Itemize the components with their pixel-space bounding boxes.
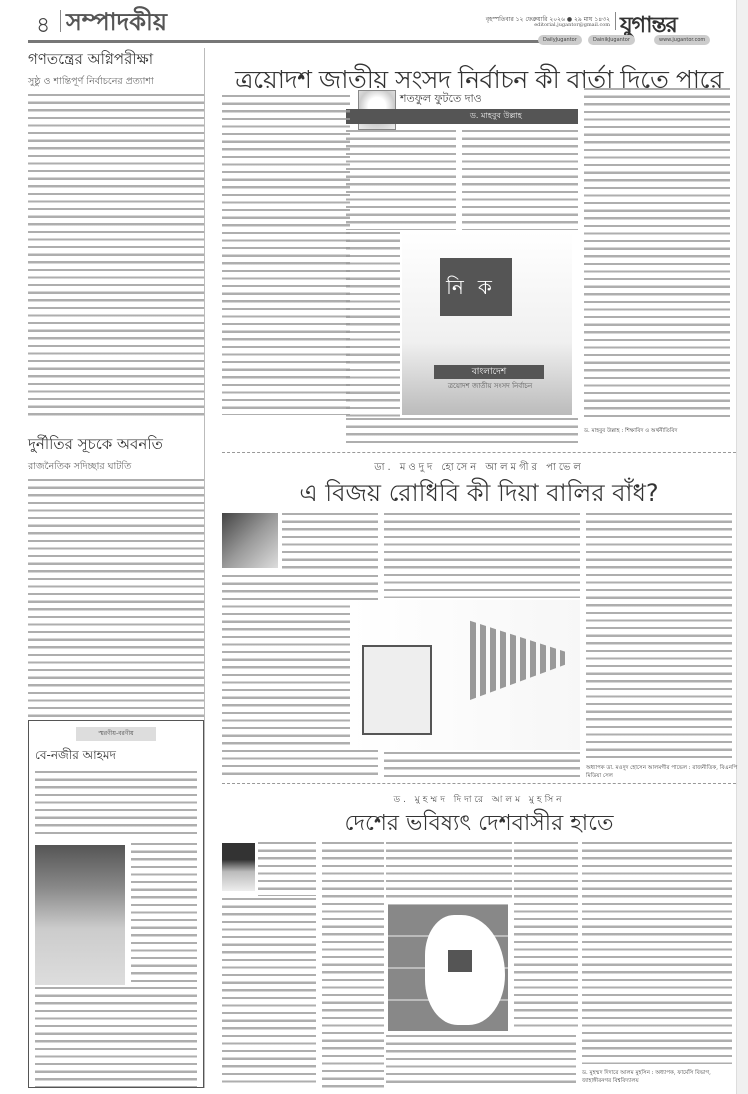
obituary-body xyxy=(131,843,197,983)
editorial-subtitle: সুষ্ঠু ও শান্তিপূর্ণ নির্বাচনের প্রত্যাশ… xyxy=(28,75,204,90)
article-body xyxy=(222,95,350,415)
column-divider xyxy=(204,48,205,1088)
author-signature: অধ্যাপক ডা. মওদুদ হোসেন আলমগীর পাভেল : র… xyxy=(586,765,748,781)
article-body xyxy=(346,130,456,230)
article-body xyxy=(346,418,578,448)
ballot-box-icon xyxy=(362,645,432,735)
obituary-tag: স্মরণীয়-বরণীয় xyxy=(76,727,156,741)
facebook-link[interactable]: DainikJugantor xyxy=(588,35,635,45)
author-signature: ড. মুহম্মদ দিদারে আলম মুহসিন : অধ্যাপক, … xyxy=(582,1070,732,1086)
article-body xyxy=(258,842,316,896)
obituary-name: বে-নজীর আহমদ xyxy=(35,747,197,767)
article-body xyxy=(282,513,378,573)
article-headline: এ বিজয় রোধিবি কী দিয়া বালির বাঁধ? xyxy=(222,475,736,515)
article-divider xyxy=(222,783,736,784)
editorial-email[interactable]: editorial.jugantor@gmail.com xyxy=(520,22,610,28)
article-body xyxy=(322,842,384,1088)
column-name: শতফুল ফুটতে দাও xyxy=(400,90,482,109)
article-body xyxy=(384,513,580,598)
website-link[interactable]: www.jugantor.com xyxy=(654,35,710,45)
section-title: সম্পাদকীয় xyxy=(66,4,167,44)
editorial-title: গণতন্ত্রের অগ্নিপরীক্ষা xyxy=(28,48,204,73)
editorial-subtitle: রাজনৈতিক সদিচ্ছার ঘাটতি xyxy=(28,460,204,475)
article-body xyxy=(346,232,400,417)
twitter-link[interactable]: DailyJugantor xyxy=(538,35,582,45)
obituary-body xyxy=(35,771,197,839)
image-banner: বাংলাদেশ xyxy=(434,365,544,379)
author-photo xyxy=(222,843,255,891)
article-body xyxy=(384,752,580,777)
article-body xyxy=(222,898,316,1088)
author-signature: ড. মাহবুব উল্লাহ : শিক্ষাবিদ ও অর্থনীতিব… xyxy=(584,428,677,436)
editorial-body xyxy=(28,94,204,419)
editorial-title: দুর্নীতির সূচকে অবনতি xyxy=(28,433,204,458)
article-body xyxy=(514,842,578,1032)
article-divider xyxy=(222,452,736,453)
article-body xyxy=(582,842,732,1064)
ballot-box-icon: নিক xyxy=(440,258,512,316)
article-body xyxy=(584,88,730,418)
obituary-body xyxy=(35,987,197,1087)
article-body xyxy=(462,130,578,230)
article-body xyxy=(586,513,732,758)
author-name: ড. মুহম্মদ দিদারে আলম মুহসিন xyxy=(222,792,736,807)
editorial-body xyxy=(28,479,204,719)
article-body xyxy=(386,1035,576,1088)
header-separator xyxy=(615,12,616,30)
obituary-box: স্মরণীয়-বরণীয় বে-নজীর আহমদ xyxy=(28,720,204,1088)
header-separator xyxy=(60,10,61,32)
article-body xyxy=(386,842,512,900)
header-rule xyxy=(28,40,542,43)
author-photo xyxy=(222,513,278,568)
editorial-column: গণতন্ত্রের অগ্নিপরীক্ষা সুষ্ঠু ও শান্তিপ… xyxy=(28,48,204,719)
ballot-box-icon xyxy=(448,950,472,972)
scrollbar[interactable] xyxy=(736,0,748,1094)
author-name: ড. মাহবুব উল্লাহ xyxy=(470,110,522,123)
obituary-photo xyxy=(35,845,125,985)
byline-bar xyxy=(346,109,578,124)
article-headline: দেশের ভবিষ্যৎ দেশবাসীর হাতে xyxy=(222,806,736,843)
image-caption: ত্রয়োদশ জাতীয় সংসদ নির্বাচন xyxy=(410,380,570,392)
